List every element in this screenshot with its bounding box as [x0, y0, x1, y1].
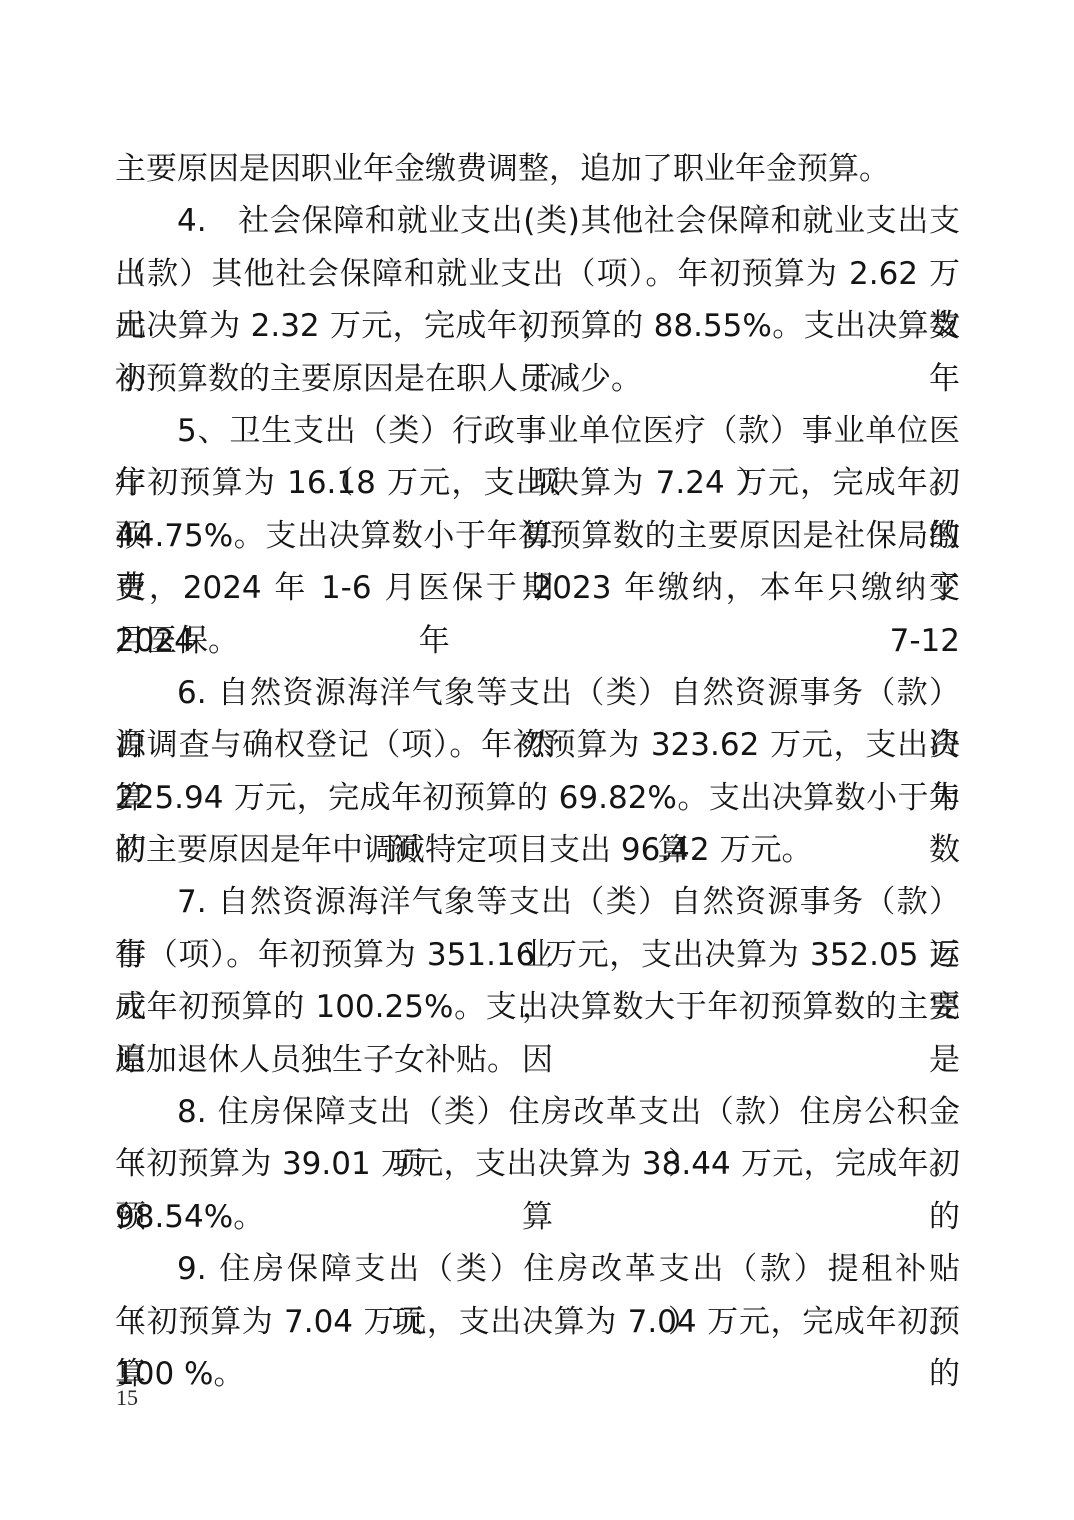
text-line: 年初预算为 39.01 万元，支出决算为 38.44 万元，完成年初预算的 [115, 1138, 960, 1190]
text-line: 5、卫生支出（类）行政事业单位医疗（款）事业单位医疗（项）。 [115, 405, 960, 457]
text-line: 更，2024 年 1-6 月医保于 2023 年缴纳，本年只缴纳了 2024 年… [115, 562, 960, 614]
page-number: 15 [116, 1385, 138, 1411]
text-line: 9. 住房保障支出（类）住房改革支出（款）提租补贴（项）。 [115, 1243, 960, 1295]
text-line: 成年初预算的 100.25%。支出决算数大于年初预算数的主要原因是 [115, 981, 960, 1033]
text-line: 8. 住房保障支出（类）住房改革支出（款）住房公积金（项）。 [115, 1086, 960, 1138]
text-line: 年初预算为 16.18 万元，支出决算为 7.24 万元，完成年初预算的 [115, 457, 960, 509]
text-line: 主要原因是因职业年金缴费调整，追加了职业年金预算。 [115, 143, 960, 195]
text-line: 年初预算为 7.04 万元，支出决算为 7.04 万元，完成年初预算的 [115, 1296, 960, 1348]
text-line: 225.94 万元，完成年初预算的 69.82%。支出决算数小于年初预算数 [115, 772, 960, 824]
text-line: 7. 自然资源海洋气象等支出（类）自然资源事务（款）事业运 [115, 876, 960, 928]
document-page: 主要原因是因职业年金缴费调整，追加了职业年金预算。4. 社会保障和就业支出(类)… [0, 0, 1074, 1520]
text-line: 行（项）。年初预算为 351.16 万元，支出决算为 352.05 万元，完 [115, 929, 960, 981]
text-line: （款）其他社会保障和就业支出（项）。年初预算为 2.62 万元，支 [115, 248, 960, 300]
text-line: 44.75%。支出决算数小于年初预算数的主要原因是社保局缴费期变 [115, 510, 960, 562]
text-line: 4. 社会保障和就业支出(类)其他社会保障和就业支出支出 [115, 195, 960, 247]
text-line: 出决算为 2.32 万元，完成年初预算的 88.55%。支出决算数小于年 [115, 300, 960, 352]
document-body: 主要原因是因职业年金缴费调整，追加了职业年金预算。4. 社会保障和就业支出(类)… [115, 143, 960, 1400]
text-line: 6. 自然资源海洋气象等支出（类）自然资源事务（款）自然资 [115, 667, 960, 719]
text-line: 源调查与确权登记（项）。年初预算为 323.62 万元，支出决算为 [115, 719, 960, 771]
